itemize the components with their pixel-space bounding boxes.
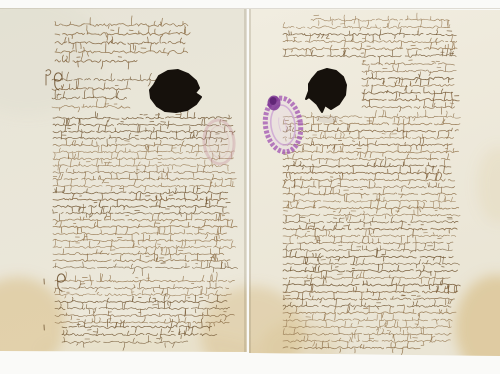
seal-smudge <box>316 115 338 123</box>
fold-shadow-left <box>244 8 247 354</box>
manuscript-canvas <box>0 0 500 374</box>
stamp-dark-blotch <box>268 96 281 111</box>
manuscript-photo <box>0 0 500 374</box>
